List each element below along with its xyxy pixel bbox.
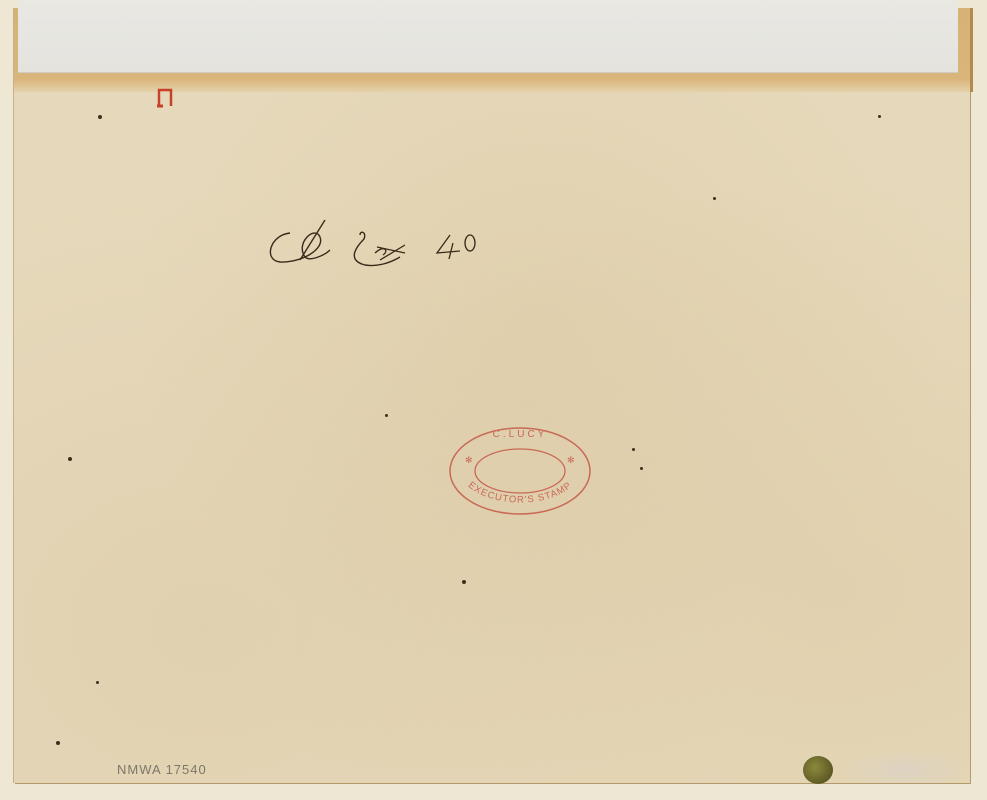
foxing-spot [56, 741, 60, 745]
svg-text:✻: ✻ [567, 455, 575, 465]
foxing-spot [640, 467, 643, 470]
foxing-spot [68, 457, 72, 461]
foxing-spot [713, 197, 716, 200]
svg-text:✻: ✻ [465, 455, 473, 465]
green-stain [803, 756, 833, 784]
foxing-spot [385, 414, 388, 417]
accession-number: NMWA 17540 [117, 762, 207, 777]
paper-sheet [14, 8, 970, 783]
foxing-spot [96, 681, 99, 684]
corner-stain [840, 750, 970, 783]
svg-text:D Cox 40: D Cox 40 [265, 215, 269, 216]
red-bracket-mark-icon [155, 86, 175, 108]
foxing-spot [462, 580, 466, 584]
foxing-spot [632, 448, 635, 451]
hinge-tape [18, 0, 958, 73]
foxing-spot [878, 115, 881, 118]
foxing-spot [98, 115, 102, 119]
stamp-top-text: C.LUCY [447, 429, 593, 440]
handwritten-inscription: D Cox 40 [265, 215, 485, 275]
executors-stamp: ✻ ✻ EXECUTOR'S STAMP C.LUCY [447, 425, 593, 517]
